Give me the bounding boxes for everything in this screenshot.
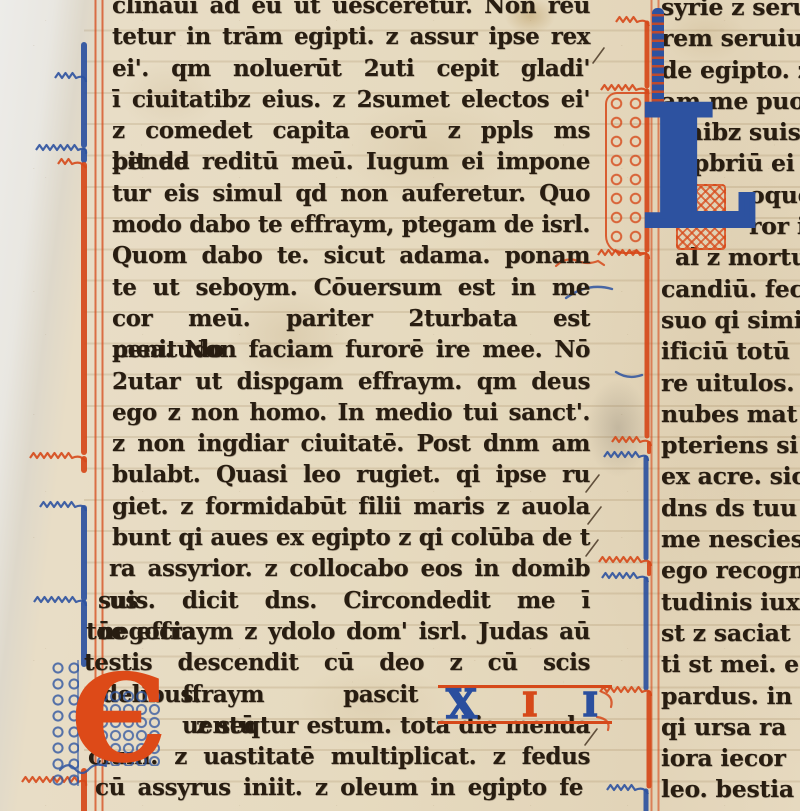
text-line: ei'. qm noluerūt 2uti cepit gladi' [112, 53, 590, 84]
text-line: mea. Non faciam furorē ire mee. Nō [112, 334, 590, 365]
text-line: suis. dicit dns. Circondedit me ī negoci… [98, 585, 590, 616]
column-fragment-line: ego recogn [661, 555, 800, 586]
column-fragment-line: me nescies [661, 524, 800, 555]
text-line: Quom dabo te. sicut adama. ponam [112, 240, 590, 271]
column-fragment-line: oque [749, 180, 800, 211]
column-fragment-line: leo. bestia [661, 774, 800, 805]
column-fragment-line: qi ursa ra [661, 712, 800, 743]
text-line: bit ad reditū meū. Iugum ei impone [112, 146, 590, 177]
chapter-number-letter: X [446, 690, 477, 720]
text-line: ī ciuitatibz eius. z 2sumet electos ei' [112, 84, 590, 115]
column-fragment-line: st z saciat [661, 618, 800, 649]
text-line: tōe effraym z ydolo dom' isrl. Judas aū [86, 616, 590, 647]
main-text-column: clinaui ad eū ut uesceretur. Non reu tet… [112, 0, 590, 804]
text-line: tetur in trām egipti. z assur ipse rex [112, 21, 590, 52]
column-fragment-line: syrie z seru [661, 0, 800, 23]
text-line: tur eis simul qd non auferetur. Quo [112, 178, 590, 209]
column-fragment-line: suo qi simi [661, 305, 800, 336]
text-line: 2utar ut dispgam effraym. qm deus [112, 366, 590, 397]
text-line: cū assyrus iniit. z oleum in egipto fe [95, 772, 583, 803]
column-fragment-line: nubes mat [661, 399, 800, 430]
initial-l: L [640, 92, 756, 242]
text-line: giet. z formidabūt filii maris z auola [112, 491, 590, 522]
text-line: modo dabo te effraym, ptegam de isrl. [112, 209, 590, 240]
column-fragment-line: ror i [749, 211, 800, 242]
text-line: ego z non homo. In medio tui sanct'. [112, 397, 590, 428]
column-fragment-line: ti st mei. e [661, 649, 800, 680]
chapter-number-letter: I [522, 690, 537, 720]
column-fragment-line: rem seruiu [661, 23, 800, 54]
chapter-number: X I I [438, 685, 612, 724]
column-fragment-line: re uitulos. [661, 368, 800, 399]
text-line: ra assyrior. z collocabo eos in domib us [109, 553, 590, 584]
column-fragment-line: pteriens si [661, 430, 800, 461]
text-line: cor meū. pariter 2turbata est penitudo [112, 303, 590, 334]
text-line: bunt qi aues ex egipto z qi colūba de t [112, 522, 590, 553]
column-fragment-line: ex acre. sic [661, 461, 800, 492]
text-line: te ut seboym. Cōuersum est in me [112, 272, 590, 303]
column-fragment-line: tudinis iux [661, 587, 800, 618]
drop-cap-initial-e: Є [72, 664, 166, 774]
text-line: bulabt. Quasi leo rugiet. qi ipse ru [112, 459, 590, 490]
column-fragment-line: pardus. in [661, 681, 800, 712]
column-fragment-line: candiū. fec [661, 274, 800, 305]
text-line: z non ingdiar ciuitatē. Post dnm am [112, 428, 590, 459]
column-fragment-line: dns ds tuu [661, 493, 800, 524]
column-fragment-line: iora iecor [661, 743, 800, 774]
text-line: clinaui ad eū ut uesceretur. Non reu [112, 0, 590, 21]
drop-cap-glyph: Є [72, 664, 166, 774]
column-fragment-line: ificiū totū [661, 336, 800, 367]
text-line: z comedet capita eorū z ppls ms pende [112, 115, 590, 146]
manuscript-page: clinaui ad eū ut uesceretur. Non reu tet… [0, 0, 800, 811]
chapter-number-letter: I [583, 690, 598, 720]
